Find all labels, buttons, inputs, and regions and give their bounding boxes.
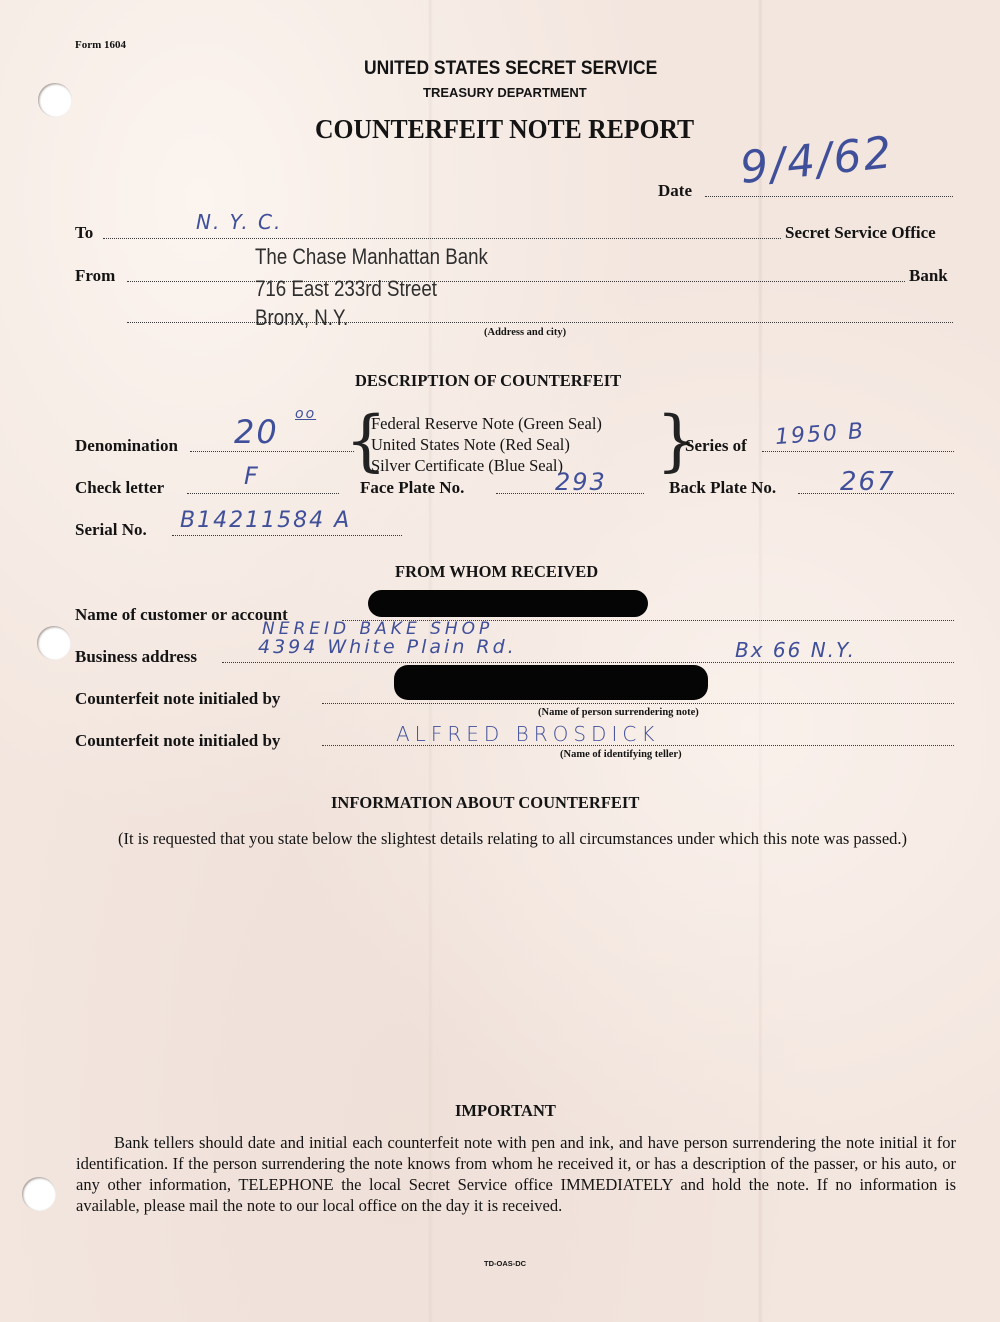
initialed-by-caption-1: (Name of person surrendering note) <box>538 707 699 718</box>
hole-punch-middle <box>37 626 71 660</box>
check-letter-value[interactable]: F <box>244 462 260 490</box>
note-type-federal-reserve: Federal Reserve Note (Green Seal) <box>371 414 602 434</box>
back-plate-label: Back Plate No. <box>669 478 776 498</box>
face-plate-label: Face Plate No. <box>360 478 464 498</box>
to-label: To <box>75 223 93 243</box>
initialed-by-label-2: Counterfeit note initialed by <box>75 731 280 751</box>
teller-name-value[interactable]: ALFRED BROSDICK <box>396 722 659 746</box>
address-line <box>127 322 953 323</box>
denomination-cents: oo <box>295 406 316 422</box>
check-letter-line <box>187 493 339 494</box>
agency-name: UNITED STATES SECRET SERVICE <box>364 58 657 80</box>
page-title: COUNTERFEIT NOTE REPORT <box>315 114 694 145</box>
information-instruction: (It is requested that you state below th… <box>76 828 956 849</box>
series-line <box>762 451 954 452</box>
to-line <box>103 238 781 239</box>
bank-stamp-line-2[interactable]: 716 East 233rd Street <box>255 276 437 302</box>
important-body: Bank tellers should date and initial eac… <box>76 1132 956 1216</box>
initialed-by-line-1 <box>322 703 954 704</box>
back-plate-value[interactable]: 267 <box>840 467 896 497</box>
note-type-united-states: United States Note (Red Seal) <box>371 435 570 455</box>
redaction-customer-name <box>368 590 648 617</box>
serial-value[interactable]: B14211584 A <box>180 508 351 533</box>
date-label: Date <box>658 181 692 201</box>
from-suffix: Bank <box>909 266 948 286</box>
hole-punch-top <box>38 83 72 117</box>
customer-label: Name of customer or account <box>75 605 288 625</box>
note-type-silver-certificate: Silver Certificate (Blue Seal) <box>371 456 563 476</box>
denomination-line <box>190 451 354 452</box>
received-heading: FROM WHOM RECEIVED <box>395 562 598 582</box>
series-label: Series of <box>685 436 747 456</box>
series-value[interactable]: 1950 B <box>774 419 866 450</box>
initialed-by-caption-2: (Name of identifying teller) <box>560 749 682 760</box>
business-address-value[interactable]: 4394 White Plain Rd. <box>258 636 517 658</box>
serial-label: Serial No. <box>75 520 147 540</box>
denomination-label: Denomination <box>75 436 178 456</box>
important-heading: IMPORTANT <box>455 1101 556 1121</box>
hole-punch-bottom <box>22 1177 56 1211</box>
from-line <box>127 281 905 282</box>
business-address-label: Business address <box>75 647 197 667</box>
address-caption: (Address and city) <box>484 327 566 338</box>
footer-code: TD-OAS-DC <box>484 1259 526 1268</box>
bank-stamp-line-3[interactable]: Bronx, N.Y. <box>255 305 348 331</box>
check-letter-label: Check letter <box>75 478 164 498</box>
initialed-by-label-1: Counterfeit note initialed by <box>75 689 280 709</box>
form-number: Form 1604 <box>75 39 126 51</box>
from-label: From <box>75 266 115 286</box>
description-heading: DESCRIPTION OF COUNTERFEIT <box>355 371 621 391</box>
department-name: TREASURY DEPARTMENT <box>423 85 587 100</box>
to-suffix: Secret Service Office <box>785 223 936 243</box>
redaction-surrendering-person <box>394 665 708 700</box>
date-line <box>705 196 953 197</box>
date-value[interactable]: 9/4/62 <box>738 127 896 194</box>
information-heading: INFORMATION ABOUT COUNTERFEIT <box>331 793 639 813</box>
business-address-line <box>222 662 954 663</box>
bank-stamp-line-1[interactable]: The Chase Manhattan Bank <box>255 244 488 270</box>
denomination-value[interactable]: 20 <box>234 413 279 451</box>
serial-line <box>172 535 402 536</box>
business-address-city[interactable]: Bx 66 N.Y. <box>735 638 856 662</box>
to-value[interactable]: N. Y. C. <box>196 210 282 234</box>
face-plate-value[interactable]: 293 <box>555 468 607 496</box>
